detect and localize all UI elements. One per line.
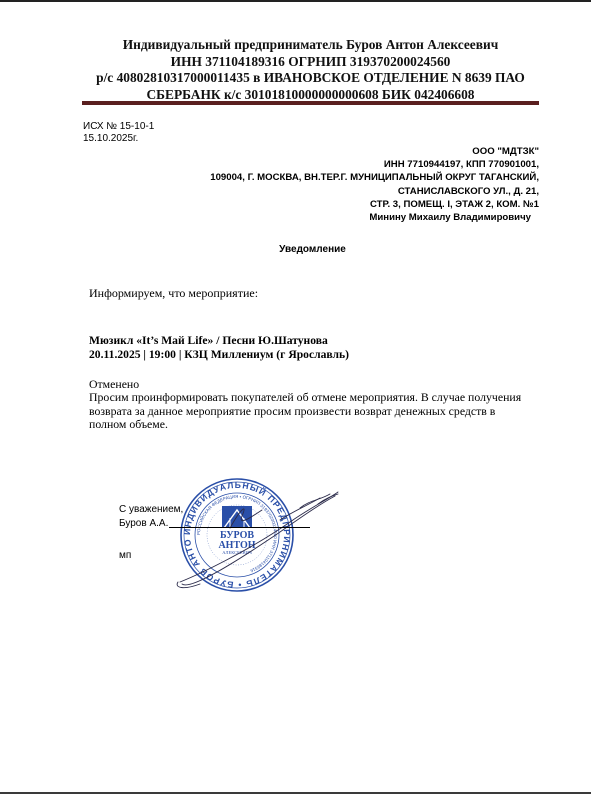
letterhead-bank-account: р/с 40802810317000011435 в ИВАНОВСКОЕ ОТ… <box>82 70 539 87</box>
recipient-tax-ids: ИНН 7710944197, КПП 770901001, <box>119 158 539 171</box>
recipient-block: ООО "МДТЗК" ИНН 7710944197, КПП 77090100… <box>119 145 539 224</box>
event-name: Мюзикл «It’s Май Life» / Песни Ю.Шатунов… <box>89 334 349 348</box>
outgoing-number: ИСХ № 15-10-1 <box>83 121 154 133</box>
body-line: возврата за данное мероприятие просим пр… <box>89 405 539 418</box>
event-status: Отменено <box>89 378 539 391</box>
signature-line <box>169 527 310 528</box>
outgoing-reference: ИСХ № 15-10-1 15.10.2025г. <box>83 121 154 145</box>
letterhead-entrepreneur-name: Индивидуальный предприниматель Буров Ант… <box>82 37 539 54</box>
document-title: Уведомление <box>0 244 591 255</box>
window-top-edge <box>0 0 591 2</box>
notice-body: Отменено Просим проинформировать покупат… <box>89 378 539 432</box>
intro-text: Информируем, что мероприятие: <box>89 286 258 301</box>
recipient-company: ООО "МДТЗК" <box>119 145 539 158</box>
letterhead-divider <box>82 101 539 105</box>
letterhead-tax-ids: ИНН 371104189316 ОГРНИП 319370200024560 <box>82 54 539 71</box>
body-line: Просим проинформировать покупателей об о… <box>89 391 539 404</box>
recipient-address-line-3: СТР. 3, ПОМЕЩ. I, ЭТАЖ 2, КОМ. №1 <box>119 198 539 211</box>
body-line: полном объеме. <box>89 418 539 431</box>
recipient-address-line-2: СТАНИСЛАВСКОГО УЛ., Д. 21, <box>119 185 539 198</box>
seal-stamp-icon: ИНДИВИДУАЛЬНЫЙ ПРЕДПРИНИМАТЕЛЬ • БУРОВ А… <box>170 470 340 600</box>
letterhead: Индивидуальный предприниматель Буров Ант… <box>82 37 539 103</box>
recipient-person: Минину Михаилу Владимировичу <box>119 211 539 224</box>
event-details: 20.11.2025 | 19:00 | КЗЦ Миллениум (г Яр… <box>89 348 349 362</box>
event-block: Мюзикл «It’s Май Life» / Песни Ю.Шатунов… <box>89 334 349 362</box>
recipient-address-line-1: 109004, Г. МОСКВА, ВН.ТЕР.Г. МУНИЦИПАЛЬН… <box>119 171 539 184</box>
outgoing-date: 15.10.2025г. <box>83 133 154 145</box>
